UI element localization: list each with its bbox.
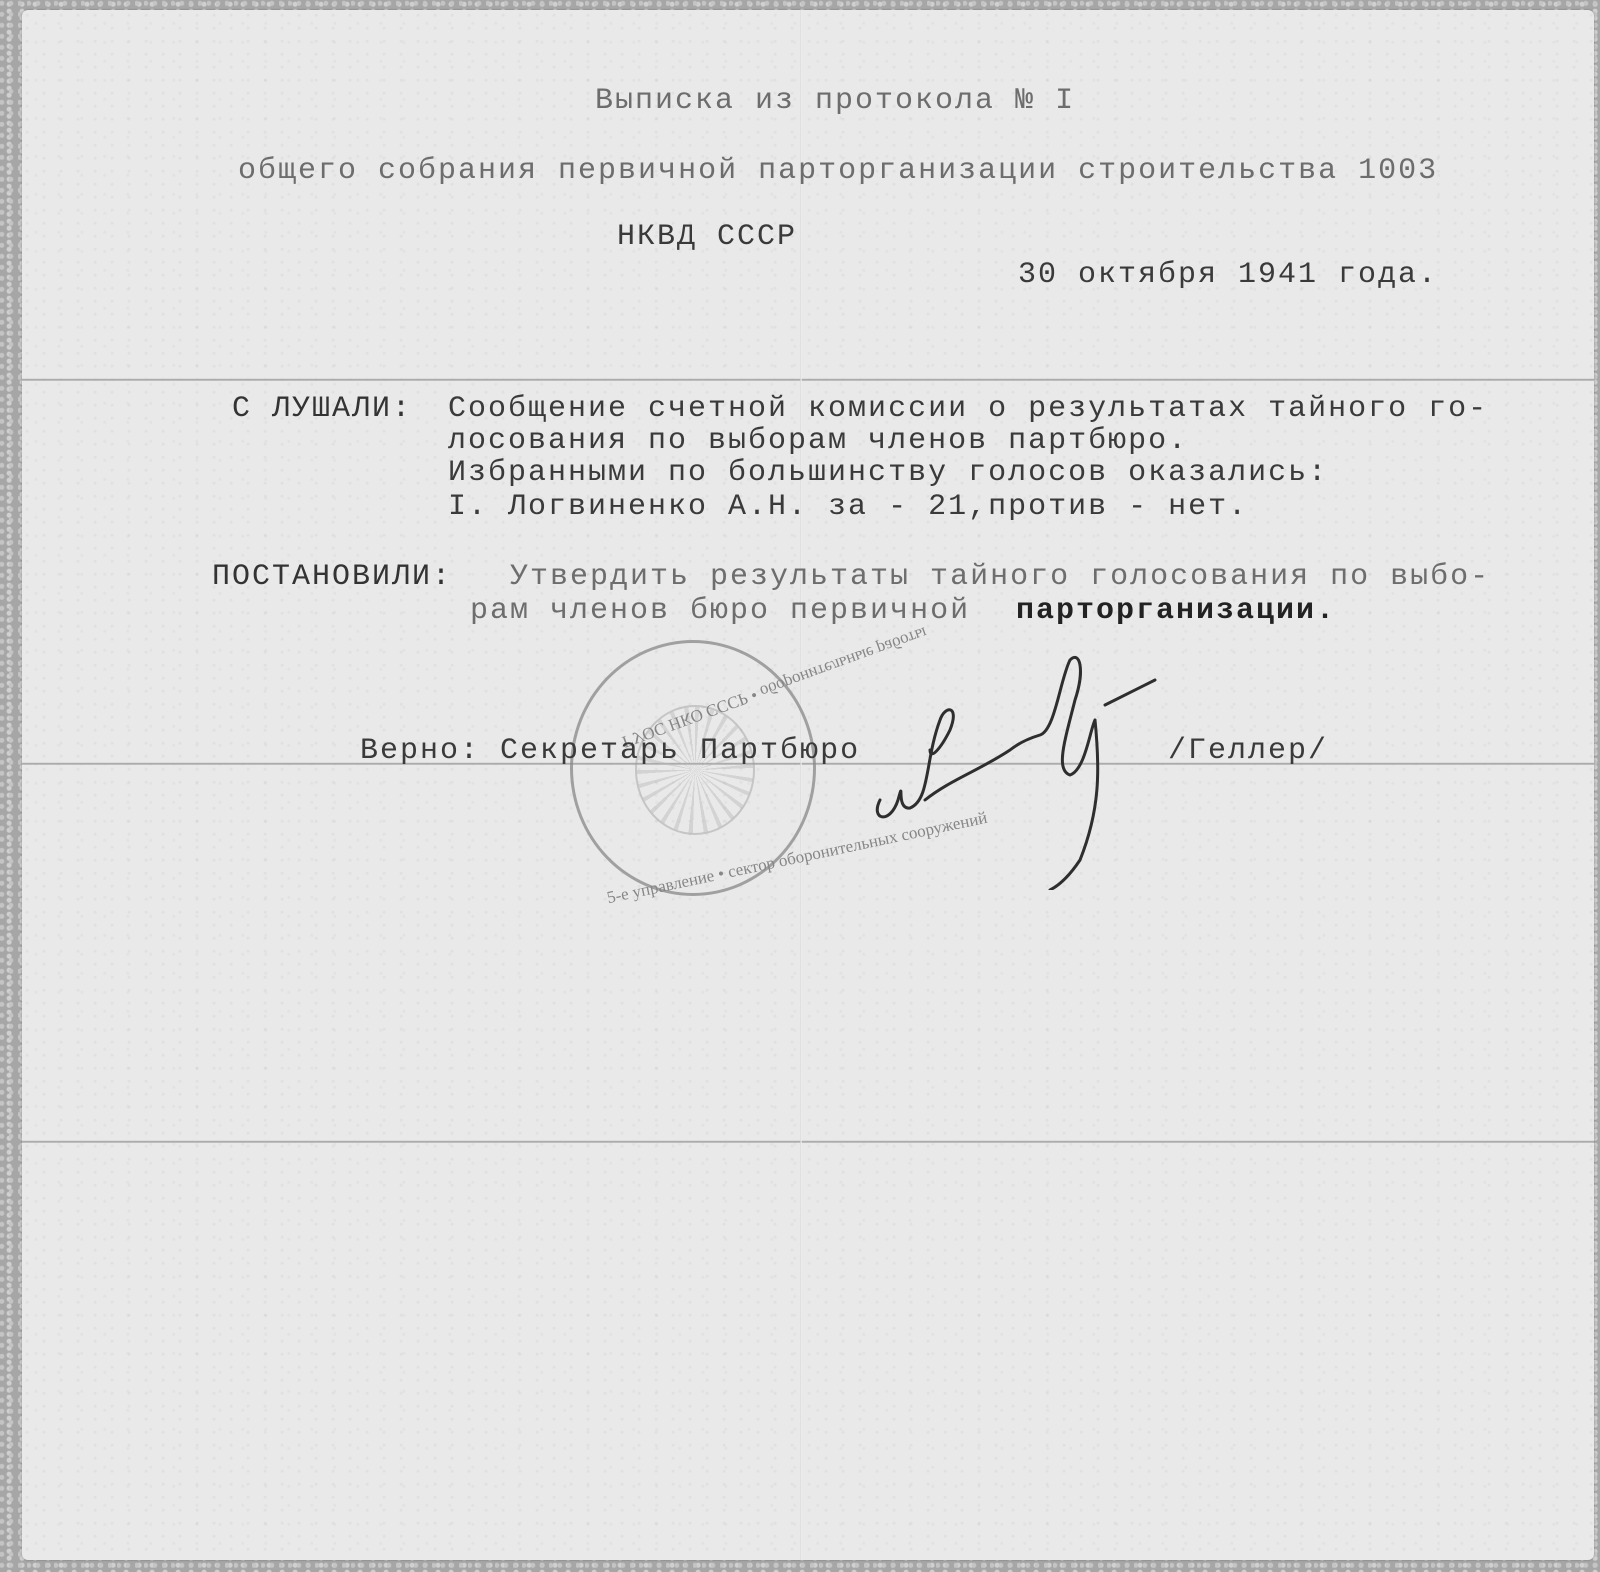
signatory-name: /Геллер/ [1168, 736, 1328, 766]
heard-line: Сообщение счетной комиссии о результатах… [448, 394, 1488, 424]
certification-label: Верно: Секретарь Партбюро [360, 736, 860, 766]
resolved-line-bold: парторганизации. [1016, 596, 1336, 626]
document-subtitle: общего собрания первичной парторганизаци… [238, 156, 1438, 186]
signature-icon [870, 650, 1170, 890]
document-title: Выписка из протокола № I [595, 86, 1075, 116]
fold-line [22, 1140, 1594, 1143]
heard-label: С ЛУШАЛИ: [232, 394, 412, 424]
heard-line: лосования по выборам членов партбюро. [448, 426, 1188, 456]
resolved-line: рам членов бюро первичной [470, 596, 970, 626]
organization: НКВД СССР [617, 222, 797, 252]
document-date: 30 октября 1941 года. [1018, 260, 1438, 290]
heard-line: I. Логвиненко А.Н. за - 21,против - нет. [448, 492, 1248, 522]
resolved-label: ПОСТАНОВИЛИ: [212, 562, 452, 592]
resolved-line: Утвердить результаты тайного голосования… [510, 562, 1490, 592]
heard-line: Избранными по большинству голосов оказал… [448, 458, 1328, 488]
fold-line [22, 378, 1594, 381]
official-stamp: ГУОС НКО СССР • оборонительные работы 5-… [570, 640, 816, 896]
